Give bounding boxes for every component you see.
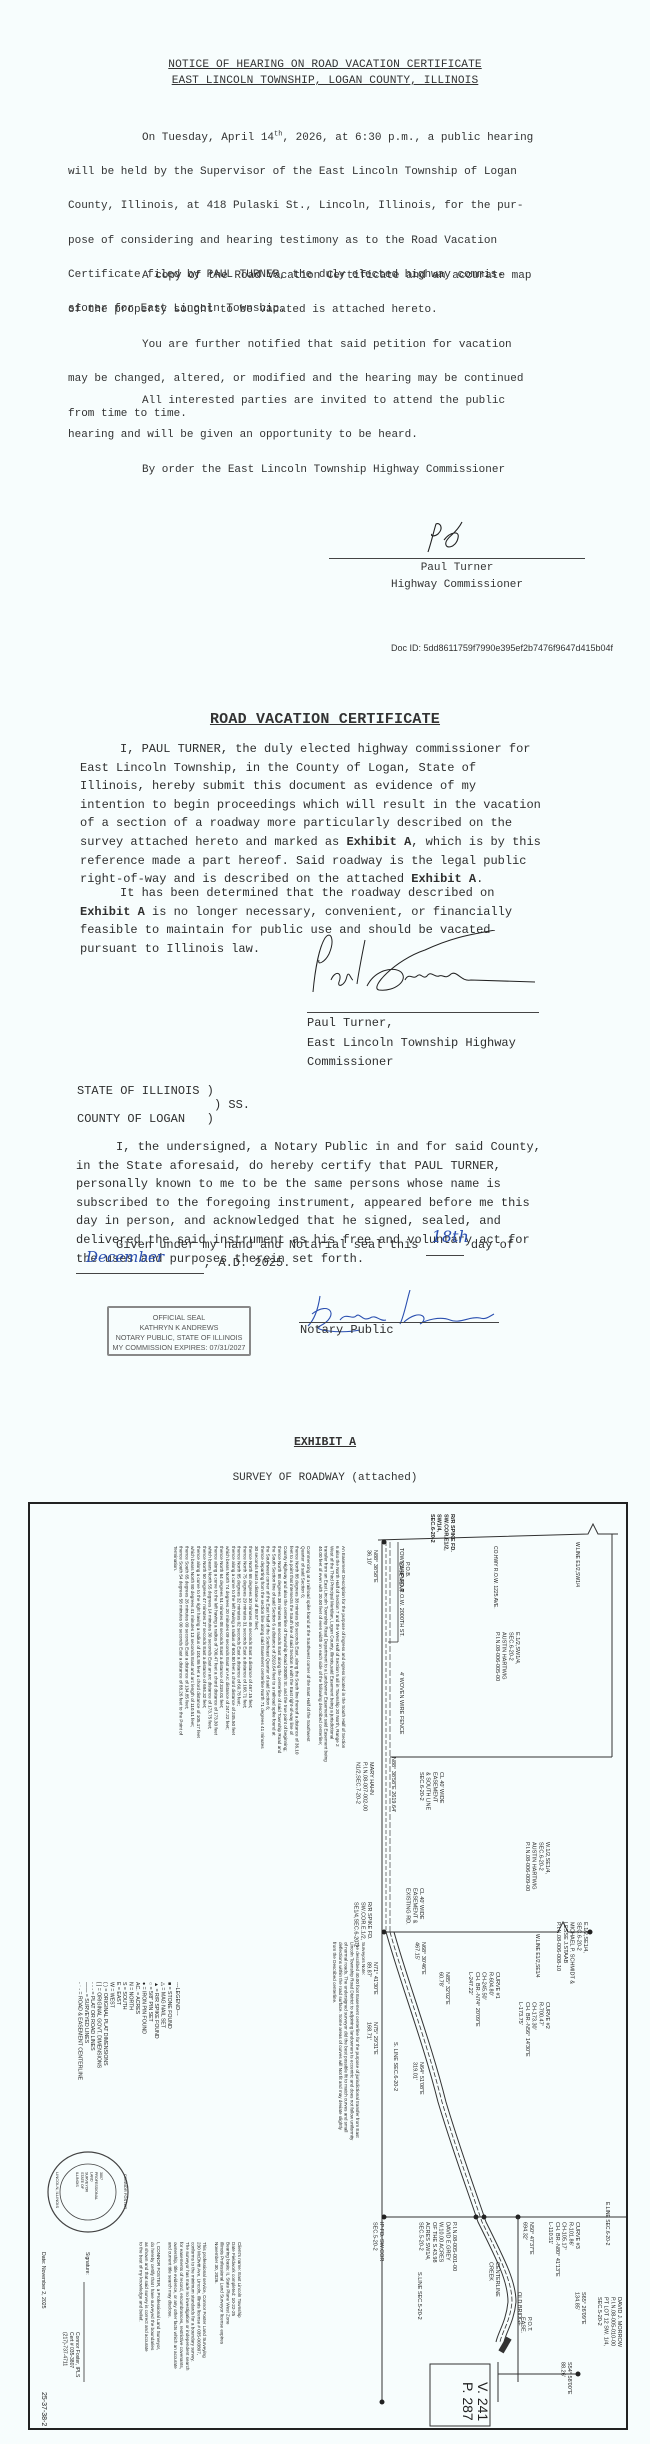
svg-text:P.I.N.08-005-001-00: P.I.N.08-005-001-00	[451, 2222, 457, 2271]
label-centerline-creek: CENTERLINECREEK	[487, 2262, 500, 2297]
notice-title-line-1: NOTICE OF HEARING ON ROAD VACATION CERTI…	[0, 58, 650, 72]
svg-text:SEC.6-20-2: SEC.6-20-2	[537, 1842, 543, 1871]
svg-text:CL 40' WIDE: CL 40' WIDE	[438, 1772, 444, 1804]
svg-text:Date: November 2, 2025: Date: November 2, 2025	[40, 2252, 46, 2309]
svg-text:thence North 68 degrees 30 min: thence North 68 degrees 30 minutes 46 se…	[248, 1546, 253, 1708]
svg-text:V. 241: V. 241	[475, 2382, 491, 2421]
svg-text:W.10.00 ACRES: W.10.00 ACRES	[438, 2222, 444, 2263]
paragraph-line: You are further notified that said petit…	[68, 328, 598, 362]
svg-text:467.15': 467.15'	[413, 1942, 419, 1960]
svg-text:694.32': 694.32'	[521, 2222, 527, 2240]
svg-text:PT LOT 12 SW. 1/4,: PT LOT 12 SW. 1/4,	[603, 2297, 609, 2346]
svg-text:SEC.6-20-2: SEC.6-20-2	[418, 1772, 424, 1801]
svg-text:thence South 54 degrees 58 min: thence South 54 degrees 58 minutes 00 se…	[179, 1546, 184, 1736]
svg-text:and current title search may d: and current title search may disclose.	[167, 2242, 172, 2318]
paragraph-line: hearing and will be given an opportunity…	[68, 418, 598, 452]
svg-text:thence departing from the sect: thence departing from the section line a…	[260, 1546, 265, 1749]
surveyors-note: Surveyors Note:The described 40.00 foot …	[332, 1942, 366, 2141]
svg-text:P.I.N.08-006-009-00: P.I.N.08-006-009-00	[524, 1842, 530, 1891]
doc-id: Doc ID: 5dd8611759f7990e395ef2b7476f9647…	[391, 643, 613, 653]
label-fence: 4' WOVEN WIRE FENCE	[398, 1672, 404, 1735]
svg-text:N50° 47'37"E: N50° 47'37"E	[528, 2222, 534, 2255]
svg-text:LAND: LAND	[89, 2172, 93, 2182]
svg-text:Surveyors Note:: Surveyors Note:	[361, 1942, 366, 1975]
label-curve-2: CURVE #2R-700.47'CH-173.30'CH. BR.-N56° …	[517, 2002, 550, 2057]
svg-text:thence South 65 degrees 26 min: thence South 65 degrees 26 minutes 09 se…	[184, 1546, 189, 1709]
label-vol-page: V. 241P. 287	[460, 2382, 491, 2421]
svg-text:AC. = ACRES: AC. = ACRES	[134, 1982, 140, 2015]
notice-signer-title: Highway Commissioner	[329, 577, 585, 594]
svg-text:168.71': 168.71'	[365, 2022, 371, 2040]
label-grey: P.I.N.08-005-001-00DAVID E.GREYW.10.00 A…	[418, 2222, 458, 2271]
stamp-text: 3807PROFESSIONALLANDSURVEYORSTATE OFILLI…	[75, 2172, 103, 2200]
svg-text:P. 287: P. 287	[460, 2382, 476, 2421]
svg-text:I, CONNOR FOSTER, a Profession: I, CONNOR FOSTER, a Professional Land Su…	[156, 2242, 161, 2350]
svg-text:36.10': 36.10'	[365, 1550, 371, 1565]
svg-text:60.78': 60.78'	[437, 1972, 443, 1987]
svg-text:ILLINOIS: ILLINOIS	[75, 2172, 79, 2187]
svg-text:DAVID E.GREY: DAVID E.GREY	[444, 2222, 450, 2261]
svg-text:thence North 88 degrees 38 min: thence North 88 degrees 38 minutes 58 se…	[295, 1546, 300, 1755]
paragraph-line: Exhibit A is no longer necessary, conven…	[80, 903, 580, 922]
svg-text:25-37-38-2: 25-37-38-2	[40, 2392, 47, 2426]
certificate-signer-title-2: Commissioner	[307, 1053, 650, 1072]
svg-text:ACRES SW1/4,: ACRES SW1/4,	[424, 2222, 430, 2261]
svg-text:thence along a curve to the le: thence along a curve to the left having …	[213, 1546, 218, 1736]
by-order-line: By order the East Lincoln Township Highw…	[68, 453, 598, 487]
svg-text:thence along a curve to the ri: thence along a curve to the right having…	[196, 1546, 201, 1739]
label-curve-3: CURVE #3R-101.86'CH-105.17'CH. BR.-N80° …	[547, 2222, 580, 2277]
svg-text:SEC.5-20-2: SEC.5-20-2	[371, 2222, 377, 2251]
svg-text:the Southwest corner of the Ea: the Southwest corner of the East Half of…	[266, 1546, 271, 1710]
svg-text:to the best of my knowledge an: to the best of my knowledge and belief.	[138, 2242, 143, 2322]
svg-text:P.O.T.: P.O.T.	[526, 2317, 532, 2332]
svg-text:R-700.47': R-700.47'	[537, 2002, 543, 2026]
label-sline-sec5: S.LINE SEC.5-20-2	[416, 2272, 422, 2320]
exhibit-title: EXHIBIT A	[0, 1436, 650, 1449]
svg-text:N88° 38'58"E 2619.64': N88° 38'58"E 2619.64'	[390, 1757, 396, 1812]
svg-text:230 McDivitt Ave. Lincoln, Ill: 230 McDivitt Ave. Lincoln, Illinois lice…	[196, 2242, 201, 2355]
label-mary-hahn: MARY HAHNP.I.N.08-007-002-00N1/2,SEC.7-2…	[355, 1762, 374, 1811]
svg-text:& SOUTH LINE: & SOUTH LINE	[425, 1772, 431, 1811]
svg-text:Signature:: Signature:	[84, 2252, 90, 2275]
svg-text:thence North 64 degrees 51 min: thence North 64 degrees 51 minutes 08 se…	[219, 1546, 224, 1708]
notice-signature	[420, 520, 480, 556]
svg-text:N1/2,SEC.7-20-2: N1/2,SEC.7-20-2	[355, 1762, 361, 1804]
svg-text:EASE.: EASE.	[519, 2317, 525, 2334]
svg-text:SEC.6-20-2: SEC.6-20-2	[575, 1922, 581, 1951]
svg-text:LINCOLN, ILLINOIS: LINCOLN, ILLINOIS	[55, 2172, 60, 2208]
svg-text:134.85': 134.85'	[573, 2292, 579, 2310]
svg-text:- · - = ROAD & EASEMENT CENTER: - · - = ROAD & EASEMENT CENTERLINE	[76, 1982, 82, 2081]
svg-text:SEC.6-20-2: SEC.6-20-2	[429, 1514, 435, 1543]
stamp-name: CONNOR FOSTER	[123, 2174, 128, 2209]
given-day: 18th	[432, 1228, 469, 1247]
svg-text:CH-105.17': CH-105.17'	[561, 2222, 567, 2250]
svg-text:thence North 50 degrees 47 min: thence North 50 degrees 47 minutes 37 se…	[202, 1546, 207, 1708]
certificate-paragraph-1: I, PAUL TURNER, the duly elected highway…	[80, 740, 580, 889]
svg-text:Illinois Professional Land Sur: Illinois Professional Land Surveyor lice…	[220, 2242, 225, 2345]
svg-text:N71° 41'30"E: N71° 41'30"E	[372, 1962, 378, 1995]
svg-text:feet to a point that intersect: feet to a point that intersects the Sout…	[289, 1546, 294, 1735]
svg-text:SW1/4,: SW1/4,	[436, 1514, 442, 1533]
svg-text:E.1/2,SE1/4,: E.1/2,SE1/4,	[582, 1922, 588, 1953]
survey-date: Date: November 2, 2025	[40, 2252, 46, 2309]
svg-text:SE1/4,SEC.6-20-2: SE1/4,SEC.6-20-2	[353, 1902, 359, 1947]
svg-text:as shown and that said survey: as shown and that said survey is correct…	[144, 2242, 149, 2352]
svg-text:November 30, 2026.: November 30, 2026.	[214, 2242, 219, 2284]
svg-text:4' WOVEN WIRE FENCE: 4' WOVEN WIRE FENCE	[398, 1672, 404, 1735]
label-bearing-7: S65° 26'09"E134.85'	[573, 2292, 586, 2325]
svg-text:88.26': 88.26'	[559, 2362, 565, 2377]
label-sline-sec6: S. LINE SEC.6-20-2	[392, 2042, 398, 2091]
svg-text:MICHAEL P. SCHMIDT &: MICHAEL P. SCHMIDT &	[569, 1922, 575, 1984]
svg-text:[ ] = ORIGINAL GOVT. DIMENSION: [ ] = ORIGINAL GOVT. DIMENSIONS	[96, 1982, 102, 2069]
svg-text:N88° 38'58"E: N88° 38'58"E	[372, 1550, 378, 1583]
certificate-signer-title-1: East Lincoln Township Highway	[307, 1034, 650, 1053]
paragraph-line: pose of considering and hearing testimon…	[68, 224, 598, 258]
paragraph-line: On Tuesday, April 14th, 2026, at 6:30 p.…	[68, 117, 598, 155]
label-bearing-1: N68° 30'46"E467.15'	[413, 1942, 426, 1975]
svg-text:MARY HAHN: MARY HAHN	[368, 1762, 374, 1795]
svg-text:S.LINE SEC.5-20-2: S.LINE SEC.5-20-2	[416, 2272, 422, 2320]
svg-text:L-110.51': L-110.51'	[547, 2222, 553, 2244]
svg-text:Lincoln Township Road District: Lincoln Township Road District to adjoin…	[349, 1942, 354, 2141]
paragraph-line: A copy of the Road Vacation Certificate …	[68, 259, 598, 293]
svg-text:40.00 feet of even with 20.00: 40.00 feet of even with 20.00 feet of ev…	[318, 1546, 323, 1745]
label-bearing-2: N71° 41'30"E89.87'	[365, 1962, 378, 1995]
svg-text:CURVE #3: CURVE #3	[574, 2222, 580, 2249]
seal-line-3: NOTARY PUBLIC, STATE OF ILLINOIS	[109, 1333, 249, 1343]
paragraph-line: of a section of a roadway more particula…	[80, 814, 580, 833]
svg-text:S. LINE SEC.6-20-2: S. LINE SEC.6-20-2	[392, 2042, 398, 2091]
svg-text:CURVE #1: CURVE #1	[494, 1972, 500, 1999]
venue-county: COUNTY OF LOGAN )	[77, 1110, 577, 1129]
svg-text:Date Fieldwork completed: 10-2: Date Fieldwork completed: 10-22-25	[231, 2242, 236, 2316]
label-ipfd: IP FD. SW.CORSEC.5-20-2	[371, 2222, 384, 2261]
svg-text:N68° 30'46"E: N68° 30'46"E	[420, 1942, 426, 1975]
label-morrow: DAVID J. MORROWP.I.N.08-005-010-00PT LOT…	[596, 2297, 622, 2348]
paragraph-line: survey attached hereto and marked as Exh…	[80, 833, 580, 852]
svg-text:which bears North 80 degrees 4: which bears North 80 degrees 41 minutes …	[190, 1546, 195, 1727]
svg-text:West of the Third Principal Me: West of the Third Principal Meridian, Lo…	[329, 1546, 334, 1739]
svg-text:CONNOR FOSTER: CONNOR FOSTER	[123, 2174, 128, 2209]
svg-text:AUSTIN HARTWIG: AUSTIN HARTWIG	[501, 1632, 507, 1680]
svg-text:CH-173.30': CH-173.30'	[531, 2002, 537, 2030]
svg-text:An Easement Description for th: An Easement Description for the purpose …	[341, 1546, 346, 1749]
svg-text:L-247.22': L-247.22'	[467, 1972, 473, 1995]
svg-text:of normal roads. The undersign: of normal roads. The undersigned surveyo…	[344, 1942, 349, 2132]
label-austin-hartwig-1: E.1/2,SW1/4,SEC.6-20-2AUSTIN HARTWIGP.I.…	[494, 1632, 520, 1681]
svg-text:County Highway and also the ce: County Highway and also the centerline o…	[283, 1546, 288, 1752]
label-cl-easement-south: CL 40' WIDEEASEMENT& SOUTH LINESEC.6-20-…	[418, 1772, 444, 1811]
label-co-hwy: CO.HWY R.O.W. 1225 AVE.	[492, 1546, 498, 1609]
certificate-signature	[305, 930, 545, 1000]
legend-title: ---LEGEND---	[174, 1982, 180, 2016]
official-seal: OFFICIAL SEAL KATHRYN K ANDREWS NOTARY P…	[107, 1306, 251, 1356]
svg-text:3807: 3807	[99, 2172, 103, 2180]
svg-text:N75° 29'31"E: N75° 29'31"E	[372, 2022, 378, 2055]
svg-text:transfer from an East Lincoln: transfer from an East Lincoln Township R…	[324, 1546, 329, 1762]
paragraph-line: subscribed to the foregoing instrument, …	[76, 1194, 576, 1213]
label-bearing-pob: N88° 38'58"E36.10'	[365, 1550, 378, 1583]
seal-line-2: KATHRYN K ANDREWS	[109, 1323, 249, 1333]
svg-text:which bears North 74 degrees 2: which bears North 74 degrees 20 minutes …	[225, 1546, 230, 1730]
svg-text:6 also the North Half of Secti: 6 also the North Half of Section 7 and t…	[335, 1546, 340, 1747]
svg-text:P.I.N.08-007-002-00: P.I.N.08-007-002-00	[361, 1762, 367, 1811]
svg-text:CREEK: CREEK	[487, 2262, 493, 2281]
label-austin-hartwig-2: W.1/2,SE1/4,SEC.6-20-2AUSTIN HARTWIGP.I.…	[524, 1842, 550, 1891]
svg-text:Quarter of said Section 6;: Quarter of said Section 6;	[300, 1546, 305, 1598]
svg-text:E.1/2,SW1/4,: E.1/2,SW1/4,	[514, 1632, 520, 1665]
plat-of-easement: R/R SPIKE FD.SW.COR.E1/2,SW1/4,SEC.6-20-…	[28, 1502, 628, 2432]
label-pot: P.O.T.EASE.	[519, 2317, 532, 2334]
svg-text:○ = 5/8" PIN SET: ○ = 5/8" PIN SET	[147, 1982, 153, 2023]
svg-text:CO.HWY R.O.W. 1225 AVE.: CO.HWY R.O.W. 1225 AVE.	[492, 1546, 498, 1609]
paragraph-line: I, PAUL TURNER, the duly elected highway…	[80, 740, 580, 759]
svg-text:This professional service, Con: This professional service, Connor Foster…	[202, 2242, 207, 2358]
svg-text:SEC.5-20-2: SEC.5-20-2	[418, 2222, 424, 2251]
svg-text:N85° 32'02"E: N85° 32'02"E	[444, 1972, 450, 2005]
svg-text:R/R SPIKE FD.: R/R SPIKE FD.	[366, 1902, 372, 1940]
paragraph-line: personally known to me to be the same pe…	[76, 1175, 576, 1194]
svg-text:S65° 26'09"E: S65° 26'09"E	[580, 2292, 586, 2325]
svg-text:Client's name: East Lincoln To: Client's name: East Lincoln Township	[237, 2242, 242, 2318]
paragraph-line: will be held by the Supervisor of the Ea…	[68, 155, 598, 189]
given-month-line: December , A.D. 2025.	[76, 1254, 576, 1274]
svg-text:conforms to the minimum standa: conforms to the minimum standards for a …	[191, 2242, 196, 2362]
svg-text:which bears North 55 degrees 1: which bears North 55 degrees 14 minutes …	[208, 1546, 213, 1729]
svg-text:CH-245.50': CH-245.50'	[481, 1972, 487, 2000]
svg-text:The surveyor has made no inves: The surveyor has made no investigation o…	[185, 2242, 190, 2371]
label-bearing-5: N64° 51'08"E319.01'	[411, 2062, 424, 2095]
svg-text:The described 40.00 foot Easem: The described 40.00 foot Easement center…	[355, 1942, 360, 2138]
svg-text:LESSE J.STAAB: LESSE J.STAAB	[562, 1922, 568, 1963]
svg-text:E = EAST: E = EAST	[115, 1982, 121, 2006]
notice-paragraph-2: A copy of the Road Vacation Certificate …	[68, 259, 598, 328]
svg-text:from the Described centerline.: from the Described centerline.	[332, 1942, 337, 2003]
paragraph-line: day in person, and acknowledged that he …	[76, 1212, 576, 1231]
svg-text:thence North 88 degrees 38 min: thence North 88 degrees 38 minutes 58 se…	[277, 1546, 282, 1754]
notary-public-label: Notary Public	[300, 1321, 650, 1340]
svg-text:R-101.86': R-101.86'	[567, 2222, 573, 2246]
certificate-signature-line	[307, 1012, 539, 1013]
exhibit-subtitle: SURVEY OF ROADWAY (attached)	[0, 1472, 650, 1484]
svg-text:IP FD. SW.COR: IP FD. SW.COR	[378, 2222, 384, 2261]
svg-text:CH. BR.-N56° 14'30"E: CH. BR.-N56° 14'30"E	[524, 2002, 530, 2057]
svg-text:W.LINE E1/2,SE1/4: W.LINE E1/2,SE1/4	[534, 1934, 540, 1978]
certificate-signer-name: Paul Turner,	[307, 1014, 650, 1033]
label-bearing-6: N50° 47'37"E694.32'	[521, 2222, 534, 2255]
svg-text:OF THE S.43.98: OF THE S.43.98	[431, 2222, 437, 2263]
label-bearing-3: N85° 32'02"E60.78'	[437, 1972, 450, 2005]
label-wline-sw: W.LINE E1/2,SW1/4	[574, 1542, 580, 1587]
svg-text:Cert # 035-3807: Cert # 035-3807	[68, 2332, 74, 2368]
svg-text:do hereby certify that I have: do hereby certify that I have surveyed t…	[150, 2242, 155, 2351]
signature-label: Signature:	[84, 2252, 90, 2275]
label-township-rd: TOWNSHIP RD.R.O.W. 2000TH ST.	[398, 1548, 404, 1637]
label-bearing-main: N88° 38'58"E 2619.64'	[390, 1757, 396, 1812]
svg-text:thence North 85 degrees 32 min: thence North 85 degrees 32 minutes 02 se…	[237, 1546, 242, 1706]
label-rr-spike-top: R/R SPIKE FD.SW.COR.E1/2,SW1/4,SEC.6-20-…	[429, 1514, 455, 1552]
paragraph-line: in the State aforesaid, do hereby certif…	[76, 1157, 576, 1176]
paragraph-line: intention to begin proceedings which wil…	[80, 796, 580, 815]
label-rr-spike-mid: R/R SPIKE FD.SW.COR.E.1/2,SE1/4,SEC.6-20…	[353, 1902, 372, 1947]
label-eline-sec6: E.LINE SEC.6-20-2	[604, 2202, 610, 2246]
svg-text:ownership, title evidence, or: ownership, title evidence, or any other …	[173, 2242, 178, 2369]
svg-text:CH. BR.-N80° 41'13"E: CH. BR.-N80° 41'13"E	[554, 2222, 560, 2277]
svg-text:- - - = PLAT OR ROAD LINES: - - - = PLAT OR ROAD LINES	[89, 1982, 95, 2051]
paragraph-line: reference made a part hereof. Said roadw…	[80, 852, 580, 871]
notice-paragraph-4: All interested parties are invited to at…	[68, 384, 598, 453]
paragraph-line: I, the undersigned, a Notary Public in a…	[76, 1138, 576, 1157]
svg-text:W = WEST: W = WEST	[108, 1982, 114, 2009]
svg-text:(217)-737-4711: (217)-737-4711	[62, 2332, 68, 2366]
svg-text:SW.COR.E.1/2,: SW.COR.E.1/2,	[359, 1902, 365, 1941]
svg-text:E.LINE SEC.6-20-2: E.LINE SEC.6-20-2	[604, 2202, 610, 2246]
label-schmidt: E.1/2,SE1/4,SEC.6-20-2MICHAEL P. SCHMIDT…	[555, 1922, 588, 1984]
label-bearing-4: N75° 29'31"E168.71'	[365, 2022, 378, 2055]
paragraph-line: County, Illinois, at 418 Pulaski St., Li…	[68, 189, 598, 223]
job-number: 25-37-38-2	[40, 2392, 47, 2426]
svg-text:thence North 75 degrees 29 min: thence North 75 degrees 29 minutes 31 se…	[242, 1546, 247, 1708]
svg-text:Bearing basis: IL State Plane: Bearing basis: IL State Plane West Zone	[225, 2242, 230, 2325]
svg-text:Connor Foster, IPLS: Connor Foster, IPLS	[74, 2332, 80, 2378]
svg-text:W.LINE E1/2,SW1/4: W.LINE E1/2,SW1/4	[574, 1542, 580, 1587]
svg-text:Termination.: Termination.	[173, 1546, 178, 1571]
certificate-title: ROAD VACATION CERTIFICATE	[0, 711, 650, 728]
svg-text:SEC.5-20-2: SEC.5-20-2	[596, 2297, 602, 2326]
svg-text:EASEMENT: EASEMENT	[431, 1772, 437, 1803]
seal-line-1: OFFICIAL SEAL	[109, 1313, 249, 1323]
svg-text:SEC.6-20-2: SEC.6-20-2	[507, 1632, 513, 1661]
paragraph-line: East Lincoln Township, in the County of …	[80, 759, 580, 778]
notice-title-line-2: EAST LINCOLN TOWNSHIP, LOGAN COUNTY, ILL…	[0, 74, 650, 88]
svg-text:P.I.N.08-005-010-00: P.I.N.08-005-010-00	[609, 2297, 615, 2346]
svg-text:319.01': 319.01'	[411, 2062, 417, 2080]
svg-text:S = SOUTH: S = SOUTH	[121, 1982, 127, 2010]
svg-text:SW.COR.E1/2,: SW.COR.E1/2,	[442, 1514, 448, 1551]
svg-text:PROFESSIONAL: PROFESSIONAL	[94, 2172, 98, 2200]
svg-text:P.I.N.08-006-005-00: P.I.N.08-006-005-00	[494, 1632, 500, 1681]
svg-text:EXISTING RD.: EXISTING RD.	[405, 1888, 411, 1925]
paragraph-line: All interested parties are invited to at…	[68, 384, 598, 418]
svg-text:STATE OF: STATE OF	[80, 2172, 84, 2190]
svg-text:▲ = R/R SPIKE FOUND: ▲ = R/R SPIKE FOUND	[153, 1982, 159, 2039]
svg-text:for easements of record, encum: for easements of record, encumbrances, r…	[179, 2242, 184, 2369]
svg-text:CURVE #2: CURVE #2	[544, 2002, 550, 2029]
svg-text:CH. BR.-N74° 20'09"E: CH. BR.-N74° 20'09"E	[474, 1972, 480, 2027]
notice-signature-line	[329, 558, 585, 559]
svg-text:Commencing at a railroad spike: Commencing at a railroad spike found at …	[306, 1546, 311, 1742]
svg-text:W.1/2,SE1/4,: W.1/2,SE1/4,	[544, 1842, 550, 1875]
label-curve-1: CURVE #1R-604.80'CH-245.50'CH. BR.-N74° …	[467, 1972, 500, 2027]
svg-text:N64° 51'08"E: N64° 51'08"E	[418, 2062, 424, 2095]
svg-text:thence along a curve to the le: thence along a curve to the left having …	[231, 1546, 236, 1736]
client-block: Client's name: East Lincoln TownshipDate…	[138, 2242, 242, 2371]
label-cl-existing: CL 40' WIDEEASEMENT &EXISTING RD.	[405, 1888, 424, 1925]
label-wline-se: W.LINE E1/2,SE1/4	[534, 1934, 540, 1978]
svg-text:30 seconds East a distance of: 30 seconds East a distance of 89.87 feet…	[254, 1546, 259, 1630]
seal-line-4: MY COMMISSION EXPIRES: 07/31/2027	[109, 1343, 249, 1353]
easement-description: An Easement Description for the purpose …	[173, 1546, 346, 1762]
paragraph-line: Illinois, hereby submit this document as…	[80, 777, 580, 796]
given-month: December	[86, 1248, 164, 1267]
svg-text:CL 40' WIDE: CL 40' WIDE	[418, 1888, 424, 1920]
svg-text:N = NORTH: N = NORTH	[128, 1982, 134, 2010]
svg-text:deflections within the road su: deflections within the road surface. Som…	[338, 1942, 343, 2131]
surveyor-block: Connor Foster, IPLSCert # 035-3807(217)-…	[62, 2332, 80, 2378]
svg-text:the South Section line of said: the South Section line of said Section 6…	[271, 1546, 276, 1736]
stamp-city: LINCOLN, ILLINOIS	[55, 2172, 60, 2208]
paragraph-line: It has been determined that the roadway …	[80, 884, 580, 903]
svg-text:△ = MAG NAIL SET: △ = MAG NAIL SET	[160, 1982, 166, 2029]
svg-text:R-604.80': R-604.80'	[487, 1972, 493, 1996]
svg-text:P.I.N.08-006-008-10: P.I.N.08-006-008-10	[555, 1922, 561, 1971]
notice-signer-name: Paul Turner	[329, 560, 585, 577]
svg-text:● = IRON PIN FOUND: ● = IRON PIN FOUND	[140, 1982, 146, 2034]
svg-text:SURVEYOR: SURVEYOR	[85, 2172, 89, 2193]
svg-text:AUSTIN HARTWIG: AUSTIN HARTWIG	[531, 1842, 537, 1890]
legend-items: ■ = STONE FOUND△ = MAG NAIL SET▲ = R/R S…	[76, 1982, 172, 2081]
svg-text:EASEMENT &: EASEMENT &	[411, 1888, 417, 1924]
svg-text:L-173.75': L-173.75'	[517, 2002, 523, 2025]
svg-text:( ) = ORIGINAL PLAT DIMENSIONS: ( ) = ORIGINAL PLAT DIMENSIONS	[102, 1982, 108, 2066]
svg-text:—— = SURVEYED LINES: —— = SURVEYED LINES	[83, 1982, 89, 2044]
svg-text:■ = STONE FOUND: ■ = STONE FOUND	[166, 1982, 172, 2029]
paragraph-line: of the property sought to be vacated is …	[68, 293, 598, 327]
svg-text:DAVID J. MORROW: DAVID J. MORROW	[616, 2297, 622, 2348]
svg-text:---LEGEND---: ---LEGEND---	[174, 1982, 180, 2016]
label-bearing-8: S54° 58'00"E88.26'	[559, 2362, 572, 2395]
svg-text:R/R SPIKE FD.: R/R SPIKE FD.	[449, 1514, 455, 1552]
svg-text:S54° 58'00"E: S54° 58'00"E	[566, 2362, 572, 2395]
svg-text:CENTERLINE: CENTERLINE	[494, 2262, 500, 2297]
svg-text:TOWNSHIP RD.R.O.W. 2000TH ST.: TOWNSHIP RD.R.O.W. 2000TH ST.	[398, 1548, 404, 1637]
